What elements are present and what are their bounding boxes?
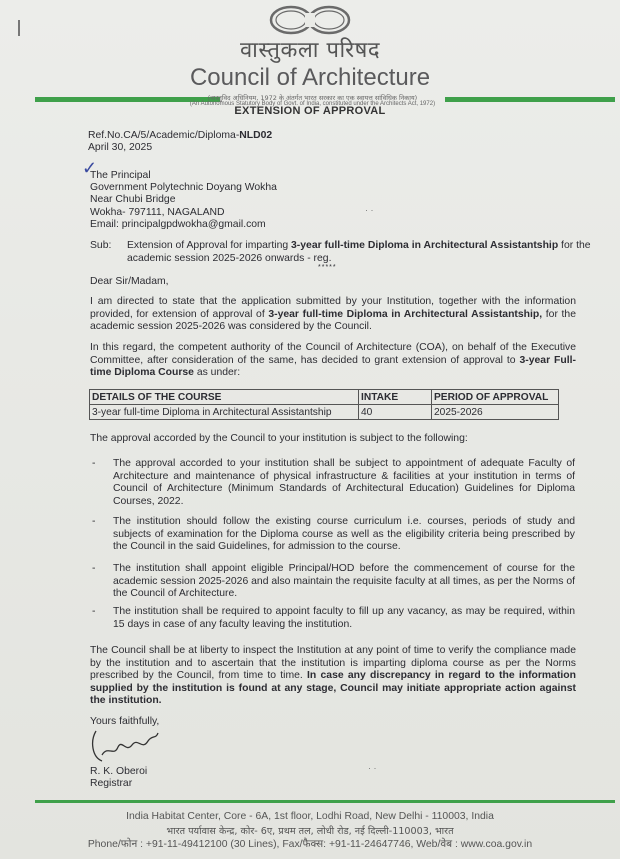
addressee-line: The Principal xyxy=(90,170,277,182)
footer-rule xyxy=(35,800,615,803)
footer-address-english: India Habitat Center, Core - 6A, 1st flo… xyxy=(0,811,620,822)
bullet-dash: - xyxy=(92,458,95,469)
header-intake: INTAKE xyxy=(359,390,432,405)
council-name-english: Council of Architecture xyxy=(0,64,620,92)
salutation: Dear Sir/Madam, xyxy=(90,276,169,289)
header-course-details: DETAILS OF THE COURSE xyxy=(90,390,359,405)
header-rule-right xyxy=(445,97,615,102)
cell-course: 3-year full-time Diploma in Architectura… xyxy=(90,405,359,420)
bullet-dash: - xyxy=(92,606,95,617)
council-name-hindi: वास्तुकला परिषद xyxy=(0,34,620,64)
reference-number: Ref.No.CA/5/Academic/Diploma-NLD02 xyxy=(88,130,272,143)
document-title: EXTENSION OF APPROVAL xyxy=(0,105,620,117)
signature-icon xyxy=(88,727,168,767)
addressee-line: Near Chubi Bridge xyxy=(90,194,277,206)
letter-date: April 30, 2025 xyxy=(88,142,152,155)
paragraph-inspection: The Council shall be at liberty to inspe… xyxy=(90,645,576,708)
course-approval-table: DETAILS OF THE COURSE INTAKE PERIOD OF A… xyxy=(89,389,559,420)
footer-address-hindi: भारत पर्यावास केन्द्र, कोर- 6ए, प्रथम तल… xyxy=(0,824,620,837)
ink-smudge: · · xyxy=(365,205,374,215)
subject-label: Sub: xyxy=(90,240,111,253)
table-header-row: DETAILS OF THE COURSE INTAKE PERIOD OF A… xyxy=(90,390,559,405)
subject-text: Extension of Approval for imparting 3-ye… xyxy=(127,240,602,265)
addressee-line: Wokha- 797111, NAGALAND xyxy=(90,207,277,219)
header-period: PERIOD OF APPROVAL xyxy=(432,390,559,405)
condition-item: The institution should follow the existi… xyxy=(113,516,575,554)
signatory-name: R. K. Oberoi xyxy=(90,766,147,779)
addressee-block: The Principal Government Polytechnic Doy… xyxy=(90,170,277,231)
cell-intake: 40 xyxy=(359,405,432,420)
paragraph-application: I am directed to state that the applicat… xyxy=(90,296,576,334)
condition-item: The institution shall appoint eligible P… xyxy=(113,563,575,601)
subject-separator: ***** xyxy=(318,262,337,275)
table-row: 3-year full-time Diploma in Architectura… xyxy=(90,405,559,420)
footer-contact: Phone/फोन : +91-11-49412100 (30 Lines), … xyxy=(0,837,620,851)
letter-page: वास्तुकला परिषद Council of Architecture … xyxy=(0,0,620,859)
condition-item: The institution shall be required to app… xyxy=(113,606,575,631)
signatory-designation: Registrar xyxy=(90,778,132,791)
paragraph-decision: In this regard, the competent authority … xyxy=(90,342,576,380)
addressee-line: Government Polytechnic Doyang Wokha xyxy=(90,182,277,194)
coa-logo-icon xyxy=(265,4,355,36)
addressee-email: Email: principalgpdwokha@gmail.com xyxy=(90,219,277,231)
conditions-intro: The approval accorded by the Council to … xyxy=(90,433,468,446)
condition-item: The approval accorded to your institutio… xyxy=(113,458,575,508)
bullet-dash: - xyxy=(92,563,95,574)
ink-smudge: · · xyxy=(368,763,377,773)
cell-period: 2025-2026 xyxy=(432,405,559,420)
bullet-dash: - xyxy=(92,516,95,527)
